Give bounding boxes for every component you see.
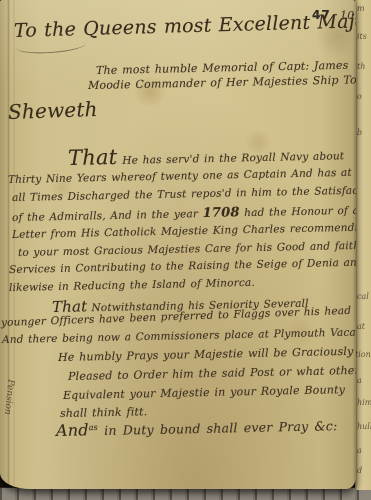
paragraph2-line3: And there being now a Commissioners plac… (2, 326, 356, 346)
adjacent-page-fragment: b (357, 128, 362, 137)
page-fold-line (7, 0, 10, 489)
adjacent-page-sliver: m its th o b cal at tion a him hull a d (355, 0, 371, 490)
adjacent-page-fragment: th (357, 62, 365, 71)
paragraph1-initial: That (68, 145, 118, 170)
paragraph1-line8: likewise in Reducing the Island of Minor… (9, 277, 255, 294)
adjacent-page-fragment: m (357, 4, 365, 13)
adjacent-page-fragment: its (357, 32, 367, 41)
paragraph1-line1-text: He has serv'd in the Royall Navy about (122, 150, 344, 167)
adjacent-page-fragment: o (357, 92, 362, 101)
closing-superscript: as (89, 423, 98, 432)
prayer-line2: Pleased to Order him the said Post or wh… (68, 364, 356, 383)
prayer-line1: He humbly Prays your Majestie will be Gr… (58, 345, 354, 364)
manuscript-scan: m its th o b cal at tion a him hull a d … (0, 0, 371, 500)
year-1708: 1708 (203, 205, 240, 221)
paragraph1-line2: Thirty Nine Years whereof twenty one as … (8, 167, 352, 186)
manuscript-page: 47 101 To the Queens most Excellent Maje… (0, 0, 356, 489)
paragraph1-line7: Services in Contributing to the Raising … (9, 257, 356, 276)
paragraph1-line4: of the Admiralls, And in the year 1708 h… (12, 203, 356, 225)
adjacent-page-fragment: cal (357, 292, 369, 301)
adjacent-page-fragment: d (357, 466, 362, 475)
closing-text: in Duty bound shall ever Pray &c: (104, 418, 338, 438)
adjacent-page-fragment: at (357, 322, 365, 331)
paragraph1-line4-post: had the Honour of a (240, 205, 356, 219)
adjacent-page-fragment: a (357, 446, 362, 455)
prayer-line4: shall think fitt. (60, 405, 148, 420)
adjacent-page-fragment: hull (357, 422, 371, 431)
closing-initial: And (56, 420, 89, 440)
paragraph1-line5: Letter from His Catholick Majestie King … (12, 221, 356, 241)
page-fold-line (13, 0, 15, 489)
paragraph1-line4-pre: of the Admiralls, And in the year (12, 208, 203, 224)
adjacent-page-fragment: a (357, 376, 362, 385)
paragraph1-line3: all Times Discharged the Trust repos'd i… (12, 184, 356, 204)
paragraph1-line6: to your most Gracious Majesties Care for… (18, 239, 356, 259)
paragraph1-line1: ThatHe has serv'd in the Royall Navy abo… (68, 140, 345, 170)
adjacent-page-fragment: him (357, 398, 371, 407)
prayer-line3: Equivalent your Majestie in your Royale … (63, 383, 345, 402)
adjacent-page-fragment: tion (355, 350, 371, 359)
sheweth-heading: Sheweth (8, 97, 98, 124)
